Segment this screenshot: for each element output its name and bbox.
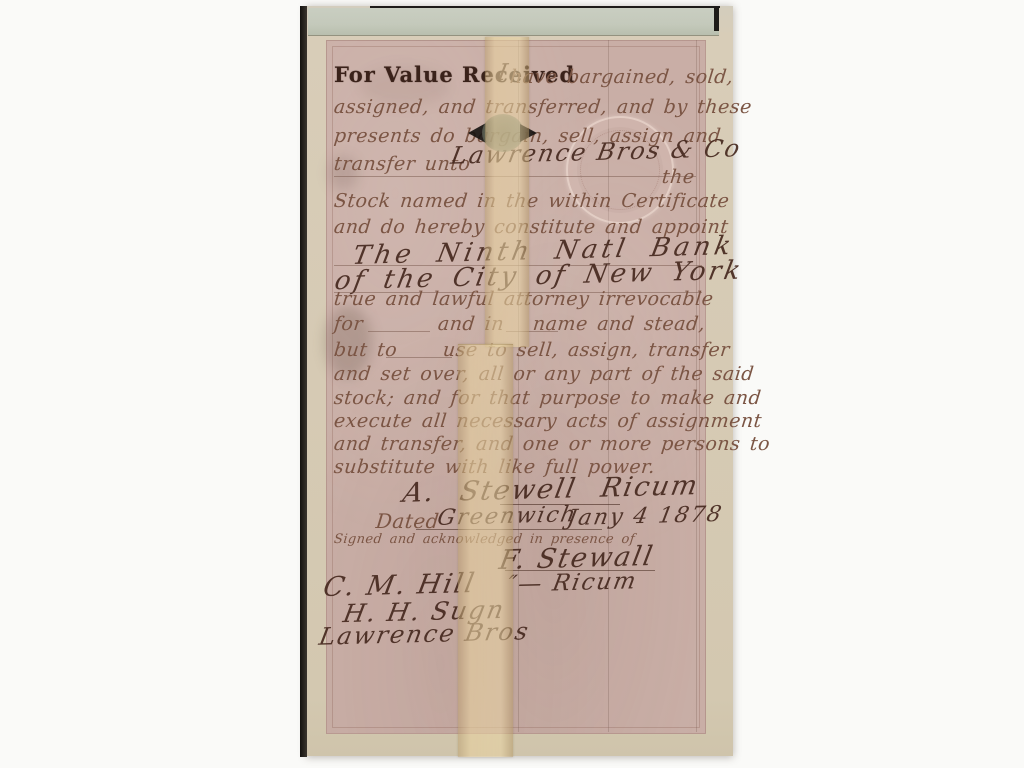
scan-background: For Value Received I have bargained, sol… xyxy=(0,0,1024,768)
printed-line: Stock named in the within Certificate xyxy=(333,190,731,212)
printed-line: stock; and for that purpose to make and xyxy=(333,387,763,409)
handwritten-witness-right-2: ″— Ricum xyxy=(505,568,640,597)
printed-line: execute all necessary acts of assignment xyxy=(333,410,763,432)
printed-line: name and stead, xyxy=(532,313,707,335)
scan-edge-corner xyxy=(714,6,719,31)
printed-line: the xyxy=(661,166,696,188)
printed-line: have bargained, sold, xyxy=(509,66,735,88)
printed-line: assigned, and transferred, and by these xyxy=(333,96,753,118)
scan-edge-top xyxy=(370,6,720,8)
document-back-strip xyxy=(308,8,719,36)
scan-edge-left xyxy=(300,6,307,757)
blank-rule xyxy=(368,331,430,332)
tape-strip-upper xyxy=(485,37,529,347)
printed-line: for xyxy=(333,313,364,335)
tape-strip-lower xyxy=(458,344,513,757)
printed-line: and set over, all or any part of the sai… xyxy=(333,363,755,385)
printed-line: and transfer, and one or more persons to xyxy=(333,433,771,455)
handwritten-date-value: Jany 4 1878 xyxy=(565,502,725,531)
document-scan: For Value Received I have bargained, sol… xyxy=(300,6,738,758)
